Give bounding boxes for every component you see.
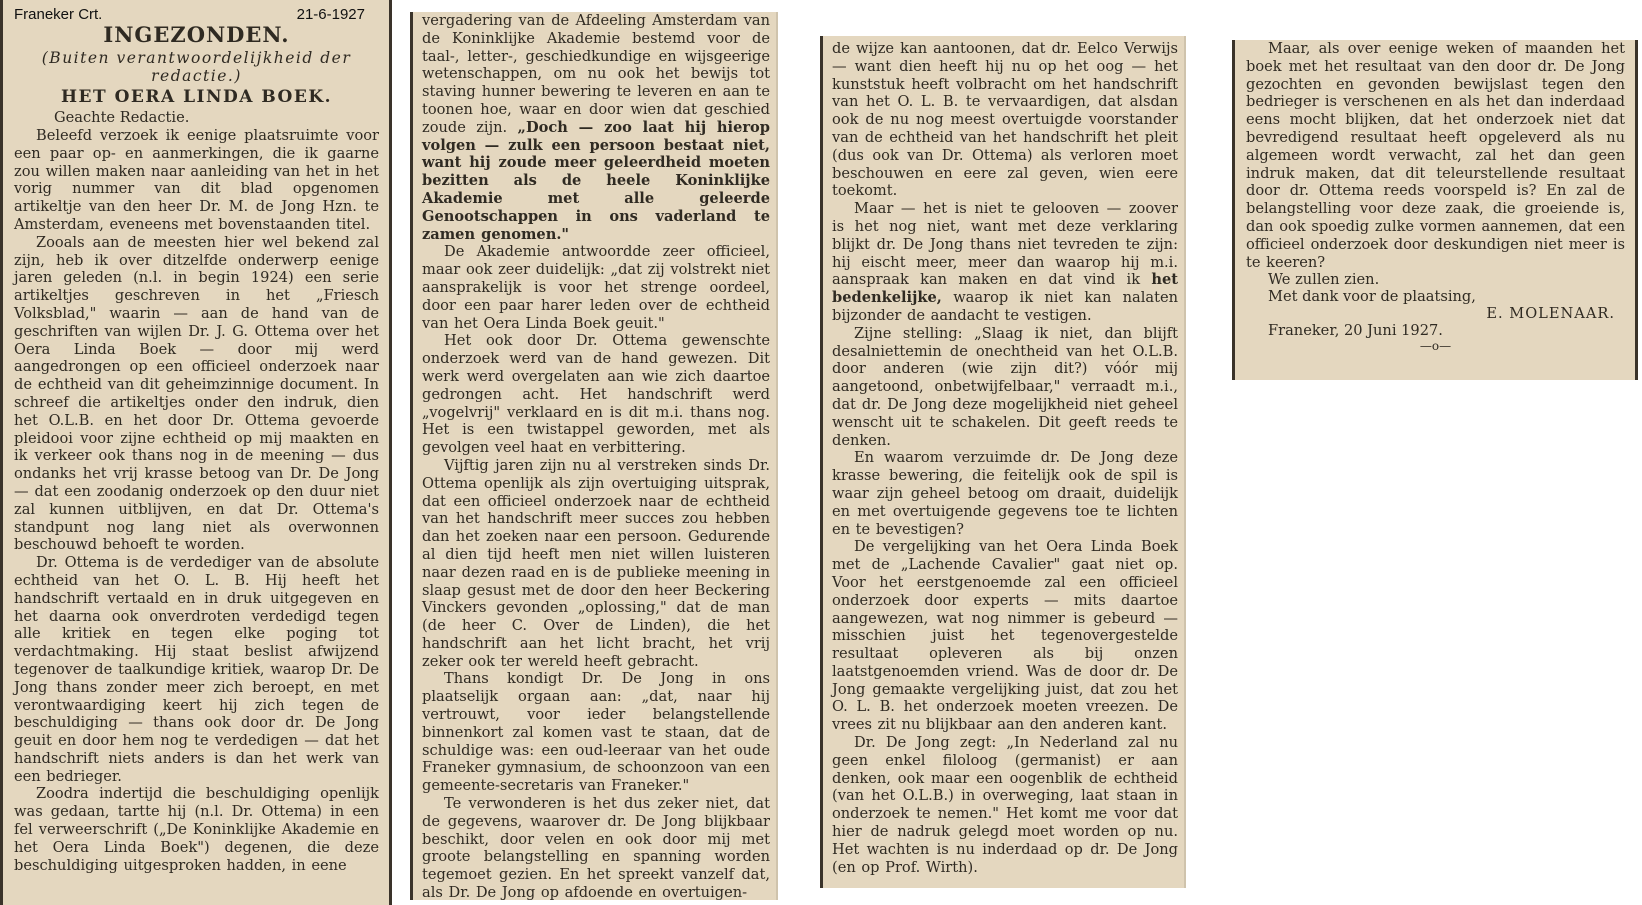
paragraph: vergadering van de Afdeeling Amsterdam v…: [422, 12, 770, 243]
paragraph: Beleefd verzoek ik eenige plaatsruimte v…: [14, 127, 379, 234]
paragraph-text: Vijftig jaren zijn nu al verstreken sind…: [422, 457, 770, 670]
emphasized-text: „Doch — zoo laat hij hierop volgen — zul…: [422, 119, 770, 243]
salutation: Geachte Redactie.: [14, 109, 379, 126]
paragraph: Maar — het is niet te gelooven — zoover …: [832, 200, 1178, 325]
paragraph-text: Zoodra indertijd die beschuldiging openl…: [14, 785, 379, 873]
signature: E. MOLENAAR.: [1246, 305, 1625, 322]
paragraph-text: Thans kondigt Dr. De Jong in ons plaatse…: [422, 670, 770, 794]
newspaper-column-4: Maar, als over eenige weken of maanden h…: [1232, 40, 1638, 380]
paragraph-text: De vergelijking van het Oera Linda Boek …: [832, 538, 1178, 733]
paragraph: En waarom verzuimde dr. De Jong deze kra…: [832, 449, 1178, 538]
paragraph: Dr. Ottema is de verdediger van de absol…: [14, 554, 379, 785]
section-heading: INGEZONDEN.: [14, 22, 379, 47]
paragraph-text: De Akademie antwoordde zeer officieel, m…: [422, 243, 770, 331]
newspaper-column-3: de wijze kan aantoonen, dat dr. Eelco Ve…: [820, 36, 1186, 888]
paragraph-text: vergadering van de Afdeeling Amsterdam v…: [422, 12, 770, 136]
column-body: vergadering van de Afdeeling Amsterdam v…: [422, 12, 770, 900]
paragraph-text: En waarom verzuimde dr. De Jong deze kra…: [832, 449, 1178, 537]
date-label: 21-6-1927: [297, 6, 365, 24]
newspaper-column-1: Franeker Crt. 21-6-1927 INGEZONDEN. (Bui…: [0, 0, 392, 905]
paragraph-text: Dr. Ottema is de verdediger van de absol…: [14, 554, 379, 785]
paragraph: Zooals aan de meesten hier wel bekend za…: [14, 234, 379, 554]
paragraph-text: Maar — het is niet te gelooven — zoover …: [832, 200, 1178, 288]
place-date: Franeker, 20 Juni 1927.: [1246, 322, 1625, 339]
paragraph: Thans kondigt Dr. De Jong in ons plaatse…: [422, 670, 770, 795]
article-title: HET OERA LINDA BOEK.: [14, 87, 379, 107]
paragraph-text: Beleefd verzoek ik eenige plaatsruimte v…: [14, 127, 379, 233]
paragraph: De Akademie antwoordde zeer officieel, m…: [422, 243, 770, 332]
column-body: Maar, als over eenige weken of maanden h…: [1246, 40, 1625, 271]
closing-line: Met dank voor de plaatsing,: [1246, 288, 1625, 305]
paragraph: Zoodra indertijd die beschuldiging openl…: [14, 785, 379, 874]
paragraph: Vijftig jaren zijn nu al verstreken sind…: [422, 457, 770, 671]
paragraph: De vergelijking van het Oera Linda Boek …: [832, 538, 1178, 734]
paragraph: Te verwonderen is het dus zeker niet, da…: [422, 795, 770, 900]
separator: —o—: [1246, 339, 1625, 353]
column-body: Beleefd verzoek ik eenige plaatsruimte v…: [14, 127, 379, 874]
source-label: Franeker Crt.: [14, 6, 102, 24]
paragraph-text: de wijze kan aantoonen, dat dr. Eelco Ve…: [832, 40, 1178, 199]
newspaper-column-2: vergadering van de Afdeeling Amsterdam v…: [410, 12, 778, 900]
closing-line: We zullen zien.: [1246, 271, 1625, 288]
paragraph-text: Het ook door Dr. Ottema gewenschte onder…: [422, 332, 770, 456]
paragraph: Zijne stelling: „Slaag ik niet, dan blij…: [832, 325, 1178, 450]
column-body: de wijze kan aantoonen, dat dr. Eelco Ve…: [832, 40, 1178, 876]
paragraph: Maar, als over eenige weken of maanden h…: [1246, 40, 1625, 271]
paragraph-text: Maar, als over eenige weken of maanden h…: [1246, 40, 1625, 271]
paragraph-text: Dr. De Jong zegt: „In Nederland zal nu g…: [832, 734, 1178, 876]
paragraph: Het ook door Dr. Ottema gewenschte onder…: [422, 332, 770, 457]
paragraph: Dr. De Jong zegt: „In Nederland zal nu g…: [832, 734, 1178, 876]
paragraph-text: Te verwonderen is het dus zeker niet, da…: [422, 795, 770, 900]
disclaimer: (Buiten verantwoordelijkheid der redacti…: [14, 49, 379, 85]
paragraph-text: Zijne stelling: „Slaag ik niet, dan blij…: [832, 325, 1178, 449]
paragraph-text: Zooals aan de meesten hier wel bekend za…: [14, 234, 379, 554]
paragraph: de wijze kan aantoonen, dat dr. Eelco Ve…: [832, 40, 1178, 200]
